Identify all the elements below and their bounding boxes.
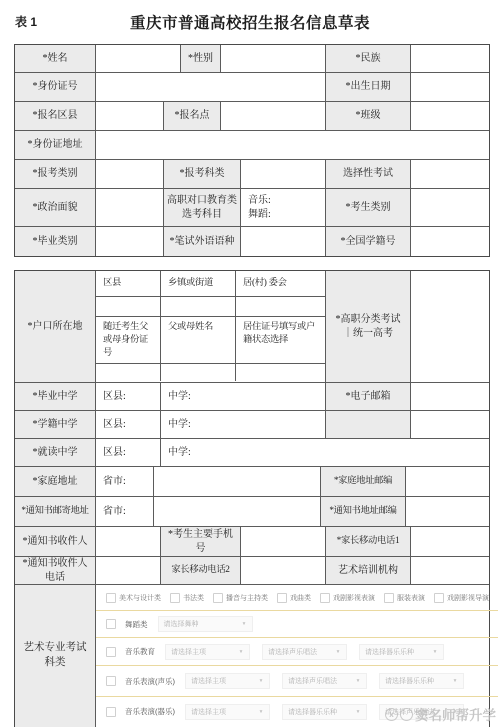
main-item-select[interactable]: 请选择主项▼ <box>185 673 270 689</box>
mail-zip-input-cell[interactable] <box>406 497 489 526</box>
mail-address-input-cell[interactable] <box>154 497 321 526</box>
reg-point-label: *报名点 <box>164 102 221 130</box>
candidate-category-input-cell[interactable] <box>411 189 489 226</box>
music-instrument-row: 音乐表演(器乐) 请选择主项▼ 请选择器乐乐种▼ 请选择声乐唱法▼ <box>96 697 498 726</box>
candidate-phone-input-cell[interactable] <box>241 527 326 556</box>
hukou-input-row <box>96 297 325 317</box>
checkbox-label: 播音与主持类 <box>226 593 268 603</box>
art-section-label: 艺术专业考试 科类 <box>15 585 96 727</box>
class-input-cell[interactable] <box>411 102 489 130</box>
table-row: *身份证地址 <box>15 131 489 160</box>
dance-checkbox[interactable] <box>106 619 116 629</box>
foreign-lang-input-cell[interactable] <box>241 227 326 256</box>
checkbox-label: 书法类 <box>183 593 204 603</box>
national-id-label: *全国学籍号 <box>326 227 411 256</box>
art-category-checkbox[interactable]: 服装表演 <box>384 593 425 603</box>
checkbox-label: 美术与设计类 <box>119 593 161 603</box>
select-placeholder: 请选择声乐唱法 <box>288 676 337 686</box>
political-label: *政治面貌 <box>15 189 96 226</box>
mail-address-province-cell[interactable]: 省市: <box>96 497 154 526</box>
hukou-header-row: 区县 乡镇或街道 居(村) 委会 <box>96 271 325 297</box>
checkbox-label: 戏剧影视表演 <box>333 593 375 603</box>
art-section-content: 美术与设计类 书法类 播音与主持类 戏曲类 戏剧影视表演 服装表演 戏剧影视导演… <box>96 585 498 727</box>
music-education-label: 音乐教育 <box>125 646 155 657</box>
recipient-phone-input-cell[interactable] <box>96 557 161 584</box>
page-title: 重庆市普通高校招生报名信息草表 <box>0 11 500 33</box>
parent-input-row <box>96 364 325 381</box>
residence-status-input-cell[interactable] <box>236 364 325 381</box>
detail-info-table: *户口所在地 区县 乡镇或街道 居(村) 委会 随迁考生父或母身份证号 父或母姓… <box>14 270 490 727</box>
checkbox-label: 戏剧影视导演 <box>447 593 489 603</box>
dance-row: 舞蹈类 请选择舞种▼ <box>96 611 498 638</box>
exam-type-line2: ｜统一高考 <box>343 327 393 341</box>
email-input-cell[interactable] <box>411 383 489 410</box>
art-checkbox-row: 美术与设计类 书法类 播音与主持类 戏曲类 戏剧影视表演 服装表演 戏剧影视导演 <box>96 585 498 611</box>
vocal-style-select[interactable]: 请选择声乐唱法▼ <box>262 644 347 660</box>
parent-id-label: 随迁考生父或母身份证号 <box>96 317 161 363</box>
name-label: *姓名 <box>15 45 96 72</box>
select-placeholder: 请选择主项 <box>191 676 226 686</box>
chevron-down-icon: ▼ <box>453 709 458 714</box>
checkbox-icon <box>106 593 116 603</box>
chevron-down-icon: ▼ <box>356 709 361 714</box>
main-item-select[interactable]: 请选择主项▼ <box>185 704 270 720</box>
checkbox-icon <box>384 593 394 603</box>
checkbox-icon <box>434 593 444 603</box>
table-row: *报名区县 *报名点 *班级 <box>15 102 489 131</box>
music-vocal-checkbox[interactable] <box>106 676 116 686</box>
foreign-lang-label: *笔试外语语种 <box>164 227 241 256</box>
select-placeholder: 请选择器乐乐种 <box>365 647 414 657</box>
art-institution-label: 艺术培训机构 <box>326 557 411 584</box>
checkbox-icon <box>170 593 180 603</box>
art-section-line2: 科类 <box>45 656 66 671</box>
committee-label: 居(村) 委会 <box>236 271 325 296</box>
political-input-cell[interactable] <box>96 189 164 226</box>
table-row: *通知书收件人 *考生主要手机号 *家长移动电话1 <box>15 527 489 557</box>
table-row: *毕业类别 *笔试外语语种 *全国学籍号 <box>15 227 489 256</box>
select-placeholder: 请选择舞种 <box>164 619 199 629</box>
name-input-cell[interactable] <box>96 45 181 72</box>
id-number-label: *身份证号 <box>15 73 96 101</box>
table-row: *毕业中学 区县: 中学: *电子邮箱 <box>15 383 489 411</box>
parent-header-row: 随迁考生父或母身份证号 父或母姓名 居住证号填写或户籍状态选择 <box>96 317 325 364</box>
selective-exam-input-cell[interactable] <box>411 160 489 188</box>
home-address-province-cell[interactable]: 省市: <box>96 467 154 496</box>
registry-school-label: *学籍中学 <box>15 411 96 438</box>
grad-category-label: *毕业类别 <box>15 227 96 256</box>
exam-type-input-cell[interactable] <box>411 271 489 382</box>
registry-empty-label-cell <box>326 411 411 438</box>
chevron-down-icon: ▼ <box>336 649 341 654</box>
art-category-checkbox[interactable]: 戏曲类 <box>277 593 311 603</box>
table-row: *姓名 *性别 *民族 <box>15 45 489 73</box>
parent-phone1-label: *家长移动电话1 <box>326 527 411 556</box>
art-category-checkbox[interactable]: 戏剧影视表演 <box>320 593 375 603</box>
residence-status-label: 居住证号填写或户籍状态选择 <box>236 317 325 363</box>
checkbox-icon <box>106 619 116 629</box>
attend-school-county-cell[interactable]: 区县: <box>96 439 161 466</box>
exam-type-label: *高职分类考试 ｜统一高考 <box>326 271 411 382</box>
art-category-checkbox[interactable]: 美术与设计类 <box>106 593 161 603</box>
music-vocal-label: 音乐表演(声乐) <box>125 676 175 687</box>
music-education-checkbox[interactable] <box>106 647 116 657</box>
exam-type-line1: *高职分类考试 <box>336 313 401 327</box>
table-row: *通知书邮寄地址 省市: *通知书地址邮编 <box>15 497 489 527</box>
mail-zip-label: *通知书地址邮编 <box>321 497 406 526</box>
checkbox-icon <box>320 593 330 603</box>
candidate-phone-label: *考生主要手机号 <box>161 527 241 556</box>
township-input-cell[interactable] <box>161 297 236 316</box>
checkbox-label: 戏曲类 <box>290 593 311 603</box>
apply-subject-label: *报考科类 <box>164 160 241 188</box>
music-education-row: 音乐教育 请选择主项▼ 请选择声乐唱法▼ 请选择器乐乐种▼ <box>96 638 498 666</box>
chevron-down-icon: ▼ <box>239 649 244 654</box>
committee-input-cell[interactable] <box>236 297 325 316</box>
chevron-down-icon: ▼ <box>356 679 361 684</box>
township-label: 乡镇或街道 <box>161 271 236 296</box>
recipient-input-cell[interactable] <box>96 527 161 556</box>
candidate-category-label: *考生类别 <box>326 189 411 226</box>
attend-school-name-cell[interactable]: 中学: <box>161 439 489 466</box>
gender-input-cell[interactable] <box>221 45 326 72</box>
attend-school-label: *就读中学 <box>15 439 96 466</box>
table-row: *学籍中学 区县: 中学: <box>15 411 489 439</box>
select-placeholder: 请选择器乐乐种 <box>288 707 337 717</box>
hukou-block-row: *户口所在地 区县 乡镇或街道 居(村) 委会 随迁考生父或母身份证号 父或母姓… <box>15 271 489 383</box>
registry-school-name-cell[interactable]: 中学: <box>161 411 326 438</box>
music-vocal-row: 音乐表演(声乐) 请选择主项▼ 请选择声乐唱法▼ 请选择器乐乐种▼ <box>96 666 498 697</box>
checkbox-icon <box>277 593 287 603</box>
parent-name-label: 父或母姓名 <box>161 317 236 363</box>
apply-category-label: *报考类别 <box>15 160 96 188</box>
table-row: *报考类别 *报考科类 选择性考试 <box>15 160 489 189</box>
art-category-checkbox[interactable]: 播音与主持类 <box>213 593 268 603</box>
select-placeholder: 请选择主项 <box>171 647 206 657</box>
select-placeholder: 请选择声乐唱法 <box>385 707 434 717</box>
dance-line: 舞蹈: <box>248 208 271 222</box>
chevron-down-icon: ▼ <box>241 622 246 627</box>
county-input-cell[interactable] <box>96 297 161 316</box>
music-instrument-label: 音乐表演(器乐) <box>125 706 175 717</box>
national-id-input-cell[interactable] <box>411 227 489 256</box>
reg-county-input-cell[interactable] <box>96 102 164 130</box>
art-category-checkbox[interactable]: 书法类 <box>170 593 204 603</box>
dance-type-select[interactable]: 请选择舞种▼ <box>158 616 253 632</box>
reg-county-label: *报名区县 <box>15 102 96 130</box>
instrument-type-select[interactable]: 请选择器乐乐种▼ <box>359 644 444 660</box>
chevron-down-icon: ▼ <box>453 679 458 684</box>
recipient-phone-label: *通知书收件人电话 <box>15 557 96 584</box>
hukou-label: *户口所在地 <box>15 271 96 382</box>
main-item-select[interactable]: 请选择主项▼ <box>165 644 250 660</box>
birth-date-label: *出生日期 <box>326 73 411 101</box>
id-address-input-cell[interactable] <box>96 131 489 159</box>
art-section-row: 艺术专业考试 科类 美术与设计类 书法类 播音与主持类 戏曲类 戏剧影视表演 服… <box>15 585 489 727</box>
parent-phone1-input-cell[interactable] <box>411 527 489 556</box>
home-zip-label: *家庭地址邮编 <box>321 467 406 496</box>
chevron-down-icon: ▼ <box>259 709 264 714</box>
checkbox-icon <box>106 707 116 717</box>
art-category-checkbox[interactable]: 戏剧影视导演 <box>434 593 489 603</box>
art-section-line1: 艺术专业考试 <box>24 641 87 656</box>
mail-address-label: *通知书邮寄地址 <box>15 497 96 526</box>
music-line: 音乐: <box>248 194 271 208</box>
vocal-style-select[interactable]: 请选择声乐唱法▼ <box>282 673 367 689</box>
parent-id-input-cell[interactable] <box>96 364 161 381</box>
reg-point-input-cell[interactable] <box>221 102 326 130</box>
parent-phone2-label: 家长移动电话2 <box>161 557 241 584</box>
parent-phone2-input-cell[interactable] <box>241 557 326 584</box>
voc-subject-line2: 选考科目 <box>182 208 222 222</box>
dance-label: 舞蹈类 <box>125 619 148 630</box>
home-address-input-cell[interactable] <box>154 467 321 496</box>
select-placeholder: 请选择声乐唱法 <box>268 647 317 657</box>
home-zip-input-cell[interactable] <box>406 467 489 496</box>
instrument-type-select[interactable]: 请选择器乐乐种▼ <box>379 673 464 689</box>
grad-school-label: *毕业中学 <box>15 383 96 410</box>
email-label: *电子邮箱 <box>326 383 411 410</box>
recipient-label: *通知书收件人 <box>15 527 96 556</box>
checkbox-label: 服装表演 <box>397 593 425 603</box>
id-number-input-cell[interactable] <box>96 73 326 101</box>
class-label: *班级 <box>326 102 411 130</box>
table-row: *家庭地址 省市: *家庭地址邮编 <box>15 467 489 497</box>
chevron-down-icon: ▼ <box>433 649 438 654</box>
selective-exam-label: 选择性考试 <box>326 160 411 188</box>
apply-category-input-cell[interactable] <box>96 160 164 188</box>
select-placeholder: 请选择主项 <box>191 707 226 717</box>
table-row: *政治面貌 高职对口教育类 选考科目 音乐: 舞蹈: *考生类别 <box>15 189 489 227</box>
parent-name-input-cell[interactable] <box>161 364 236 381</box>
id-address-label: *身份证地址 <box>15 131 96 159</box>
birth-date-input-cell[interactable] <box>411 73 489 101</box>
table-row: *就读中学 区县: 中学: <box>15 439 489 467</box>
home-address-label: *家庭地址 <box>15 467 96 496</box>
voc-subject-label: 高职对口教育类 选考科目 <box>164 189 241 226</box>
table-row: *身份证号 *出生日期 <box>15 73 489 102</box>
music-dance-input-cell[interactable]: 音乐: 舞蹈: <box>241 189 326 226</box>
ethnic-input-cell[interactable] <box>411 45 489 72</box>
county-label: 区县 <box>96 271 161 296</box>
select-placeholder: 请选择器乐乐种 <box>385 676 434 686</box>
voc-subject-line1: 高职对口教育类 <box>167 194 237 208</box>
table-row: *通知书收件人电话 家长移动电话2 艺术培训机构 <box>15 557 489 585</box>
chevron-down-icon: ▼ <box>259 679 264 684</box>
apply-subject-input-cell[interactable] <box>241 160 326 188</box>
art-institution-input-cell[interactable] <box>411 557 489 584</box>
grad-school-county-cell[interactable]: 区县: <box>96 383 161 410</box>
checkbox-icon <box>106 647 116 657</box>
basic-info-table: *姓名 *性别 *民族 *身份证号 *出生日期 *报名区县 *报名点 *班级 *… <box>14 44 490 257</box>
form-header: 表 1 重庆市普通高校招生报名信息草表 <box>0 0 500 44</box>
gender-label: *性别 <box>181 45 221 72</box>
registry-school-county-cell[interactable]: 区县: <box>96 411 161 438</box>
grad-school-name-cell[interactable]: 中学: <box>161 383 326 410</box>
checkbox-icon <box>106 676 116 686</box>
grad-category-input-cell[interactable] <box>96 227 164 256</box>
vocal-style-select[interactable]: 请选择声乐唱法▼ <box>379 704 464 720</box>
music-instrument-checkbox[interactable] <box>106 707 116 717</box>
ethnic-label: *民族 <box>326 45 411 72</box>
checkbox-icon <box>213 593 223 603</box>
instrument-type-select[interactable]: 请选择器乐乐种▼ <box>282 704 367 720</box>
registry-empty-input-cell[interactable] <box>411 411 489 438</box>
